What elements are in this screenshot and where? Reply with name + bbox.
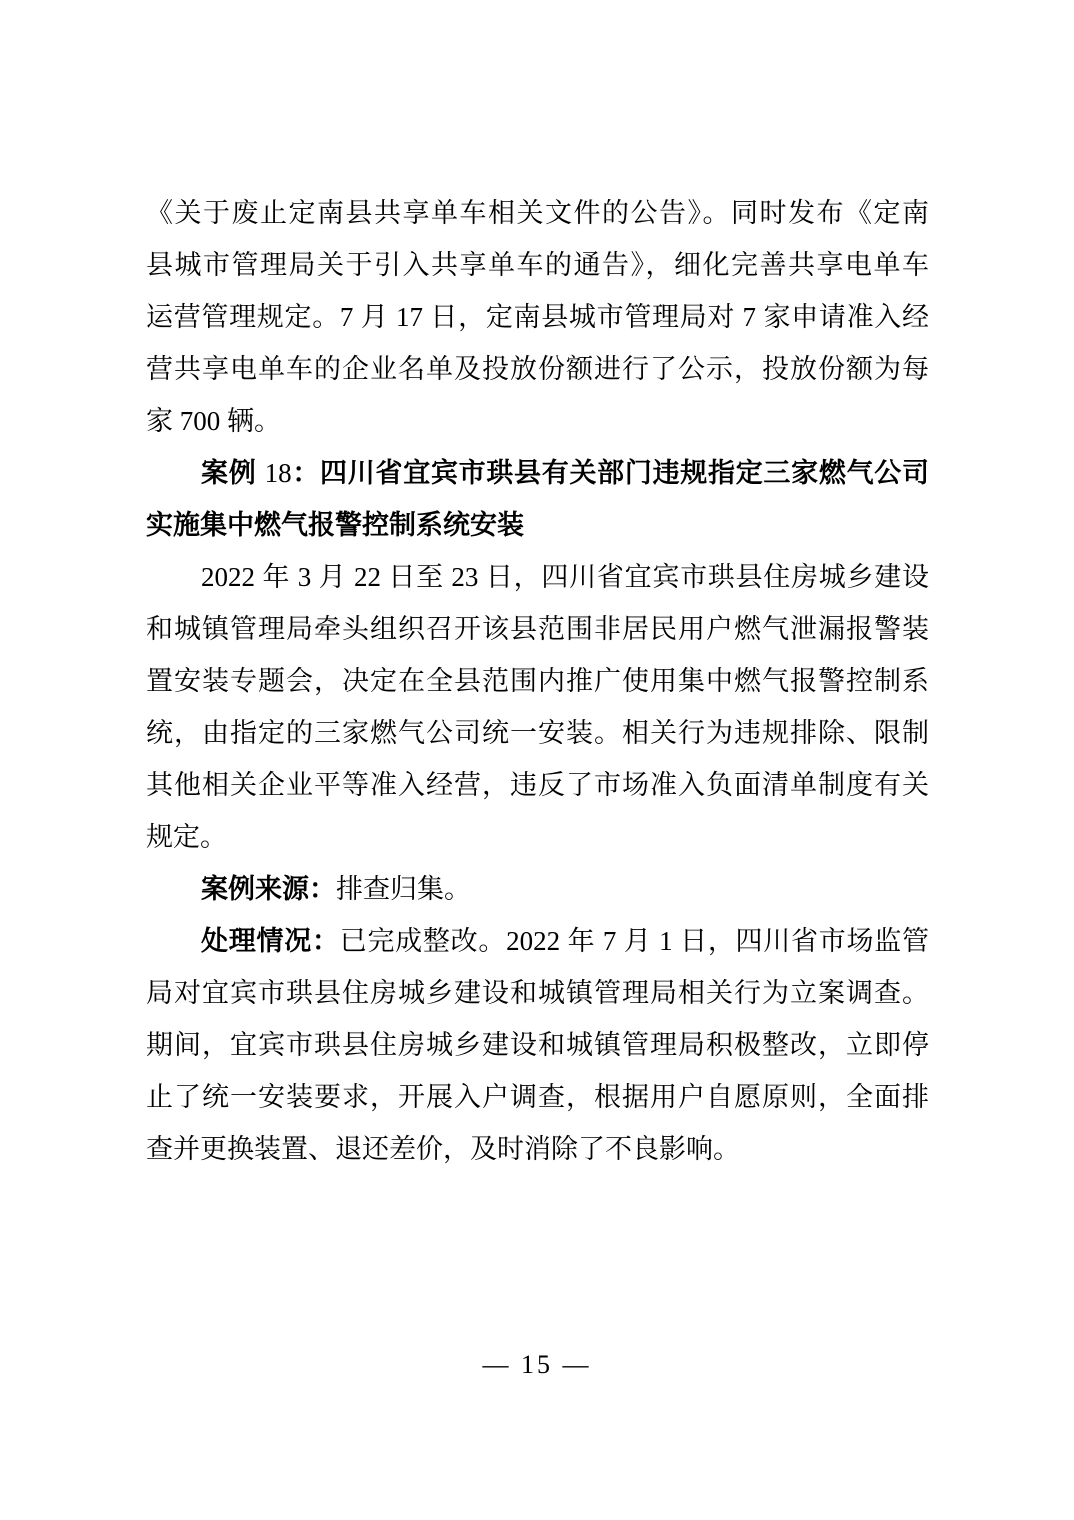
document-page: 《关于废止定南县共享单车相关文件的公告》。同时发布《定南县城市管理局关于引入共享… [0,0,1074,1520]
body-text: 止了统一安装要求，开展入户调查，根据用户自愿原则，全面排 [146,1082,929,1112]
text-line: 统，由指定的三家燃气公司统一安装。相关行为违规排除、限制 [146,707,929,759]
text-line: 置安装专题会，决定在全县范围内推广使用集中燃气报警控制系 [146,655,929,707]
body-text: 排查归集。 [336,874,471,904]
text-line: 《关于废止定南县共享单车相关文件的公告》。同时发布《定南 [146,187,929,239]
body-text: 营共享电单车的企业名单及投放份额进行了公示，投放份额为每 [146,354,929,384]
bold-label: 实施集中燃气报警控制系统安装 [146,510,524,540]
text-line: 运营管理规定。7 月 17 日，定南县城市管理局对 7 家申请准入经 [146,291,929,343]
text-line: 营共享电单车的企业名单及投放份额进行了公示，投放份额为每 [146,343,929,395]
text-line: 规定。 [146,811,929,863]
text-line: 和城镇管理局牵头组织召开该县范围非居民用户燃气泄漏报警装 [146,603,929,655]
text-line: 实施集中燃气报警控制系统安装 [146,499,929,551]
body-text: 县城市管理局关于引入共享单车的通告》，细化完善共享电单车 [146,250,929,280]
text-line: 止了统一安装要求，开展入户调查，根据用户自愿原则，全面排 [146,1071,929,1123]
body-text: 查并更换装置、退还差价，及时消除了不良影响。 [146,1134,740,1164]
body-text: 《关于废止定南县共享单车相关文件的公告》。同时发布《定南 [146,198,929,228]
body-text: 18 [265,458,292,488]
body-text: 已完成整改。2022 年 7 月 1 日，四川省市场监管 [340,926,929,956]
body-text: 期间，宜宾市珙县住房城乡建设和城镇管理局积极整改，立即停 [146,1030,929,1060]
body-text: 2022 年 3 月 22 日至 23 日，四川省宜宾市珙县住房城乡建设 [201,562,929,592]
page-number: — 15 — [0,1345,1074,1385]
text-line: 局对宜宾市珙县住房城乡建设和城镇管理局相关行为立案调查。 [146,967,929,1019]
text-line: 查并更换装置、退还差价，及时消除了不良影响。 [146,1123,929,1175]
text-line: 期间，宜宾市珙县住房城乡建设和城镇管理局积极整改，立即停 [146,1019,929,1071]
text-line: 县城市管理局关于引入共享单车的通告》，细化完善共享电单车 [146,239,929,291]
body-text: 运营管理规定。7 月 17 日，定南县城市管理局对 7 家申请准入经 [146,302,929,332]
bold-label: ：四川省宜宾市珙县有关部门违规指定三家燃气公司 [292,458,929,488]
body-text: 局对宜宾市珙县住房城乡建设和城镇管理局相关行为立案调查。 [146,978,929,1008]
body-text: 规定。 [146,822,227,852]
text-line: 案例来源：排查归集。 [146,863,929,915]
text-line: 处理情况：已完成整改。2022 年 7 月 1 日，四川省市场监管 [146,915,929,967]
text-line: 家 700 辆。 [146,395,929,447]
body-text: 置安装专题会，决定在全县范围内推广使用集中燃气报警控制系 [146,666,929,696]
text-block: 《关于废止定南县共享单车相关文件的公告》。同时发布《定南县城市管理局关于引入共享… [146,187,929,1175]
body-text: 统，由指定的三家燃气公司统一安装。相关行为违规排除、限制 [146,718,929,748]
bold-label: 处理情况： [201,926,340,956]
bold-label: 案例来源： [201,874,336,904]
bold-label: 案例 [201,458,265,488]
text-line: 2022 年 3 月 22 日至 23 日，四川省宜宾市珙县住房城乡建设 [146,551,929,603]
text-line: 其他相关企业平等准入经营，违反了市场准入负面清单制度有关 [146,759,929,811]
body-text: 其他相关企业平等准入经营，违反了市场准入负面清单制度有关 [146,770,929,800]
text-line: 案例 18：四川省宜宾市珙县有关部门违规指定三家燃气公司 [146,447,929,499]
body-text: 家 700 辆。 [146,406,281,436]
body-text: 和城镇管理局牵头组织召开该县范围非居民用户燃气泄漏报警装 [146,614,929,644]
